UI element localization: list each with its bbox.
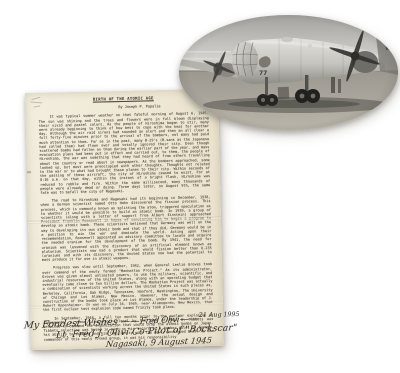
scanned-collectible: BIRTH OF THE ATOMIC AGE By Joseph P. Pap…	[0, 0, 400, 373]
document-paragraph-1: It was typical summer weather on that fa…	[39, 111, 211, 195]
b29-photo: 77	[179, 15, 398, 130]
inscription-date: 21 Aug 1995	[199, 311, 240, 319]
paper-edge-nick	[27, 171, 31, 173]
b29-photo-scene: 77	[179, 15, 398, 130]
document-title: BIRTH OF THE ATOMIC AGE	[38, 95, 208, 103]
typed-document: BIRTH OF THE ATOMIC AGE By Joseph P. Pap…	[25, 89, 224, 350]
inscription-dash: ——	[179, 313, 199, 325]
document-byline: By Joseph P. Papalia	[70, 103, 208, 110]
photo-vignette	[179, 15, 398, 130]
document-paragraph-2: The road to Hiroshima and Nagasaki had i…	[41, 195, 212, 262]
